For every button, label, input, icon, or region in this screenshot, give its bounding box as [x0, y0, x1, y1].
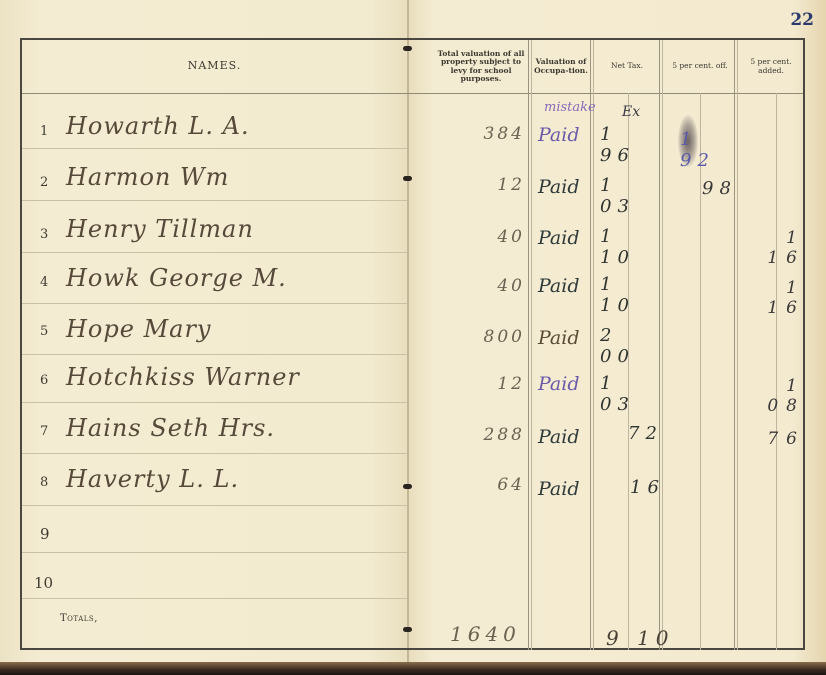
- valuation-cell: 800: [415, 327, 525, 347]
- valuation-cell: 384: [415, 124, 525, 144]
- paid-status: Paid: [538, 327, 580, 349]
- totals-label: Totals,: [60, 613, 98, 624]
- row-number: 6: [40, 373, 60, 388]
- rule-line: [22, 252, 407, 253]
- binding-stitch: [403, 176, 412, 181]
- rule-line: [22, 148, 407, 149]
- names-column-header: NAMES.: [22, 38, 407, 93]
- paid-status: Paid: [538, 478, 580, 500]
- paid-status: Paid: [538, 426, 580, 448]
- net-tax-cell: 1 10: [600, 226, 656, 268]
- five-percent-added-header: 5 per cent. added.: [738, 40, 804, 93]
- total-net-tax: 9 10: [606, 626, 675, 650]
- page-number: 22: [790, 10, 814, 30]
- net-tax-cell: 1 03: [600, 175, 656, 217]
- taxpayer-name: Hains Seth Hrs.: [66, 414, 275, 442]
- net-tax-cell: 1 96: [600, 124, 656, 166]
- total-valuation: 1640: [450, 622, 521, 646]
- column-divider: [593, 40, 594, 650]
- taxpayer-name: Hope Mary: [66, 315, 212, 343]
- five-percent-added-cell: 1 16: [745, 228, 805, 268]
- row-number: 5: [40, 324, 60, 339]
- row-number: 3: [40, 227, 60, 242]
- five-percent-off-cell: 1 92: [680, 129, 744, 171]
- taxpayer-name: Howarth L. A.: [66, 112, 250, 140]
- row-number: 9: [40, 525, 60, 543]
- rule-line: [22, 402, 407, 403]
- mistake-annotation: mistake: [544, 100, 596, 115]
- column-divider: [662, 40, 663, 650]
- taxpayer-name: Haverty L. L.: [66, 465, 239, 493]
- rule-line: [22, 200, 407, 201]
- row-number: 2: [40, 175, 60, 190]
- paid-status: Paid: [538, 373, 580, 395]
- paid-status: Paid: [538, 176, 580, 198]
- row-number: 4: [40, 275, 60, 290]
- header-divider: [22, 93, 803, 94]
- ex-annotation: Ex: [622, 104, 640, 120]
- column-divider: [590, 40, 591, 650]
- five-percent-off-header: 5 per cent. off.: [668, 40, 732, 93]
- paid-status: Paid: [538, 227, 580, 249]
- valuation-cell: 64: [415, 475, 525, 495]
- five-percent-added-cell: 1 08: [745, 376, 805, 416]
- paid-status: Paid: [538, 275, 580, 297]
- five-percent-added-cell: 76: [745, 429, 805, 449]
- taxpayer-name: Harmon Wm: [66, 163, 229, 191]
- five-percent-added-cell: 1 16: [745, 278, 805, 318]
- taxpayer-name: Hotchkiss Warner: [66, 363, 300, 391]
- net-tax-cell: 16: [630, 477, 686, 498]
- net-tax-cell: 1 10: [600, 274, 656, 316]
- net-tax-cell: 72: [628, 423, 684, 444]
- column-divider: [531, 40, 532, 650]
- valuation-cell: 40: [415, 276, 525, 296]
- net-tax-cell: 1 03: [600, 373, 656, 415]
- rule-line: [22, 354, 407, 355]
- paid-status: Paid: [538, 124, 580, 146]
- column-divider: [776, 93, 777, 650]
- valuation-cell: 12: [415, 175, 525, 195]
- row-number: 10: [34, 574, 54, 592]
- book-edge: [0, 662, 826, 675]
- valuation-cell: 288: [415, 425, 525, 445]
- column-divider: [659, 40, 660, 650]
- row-number: 7: [40, 424, 60, 439]
- net-tax-cell: 2 00: [600, 325, 656, 367]
- valuation-cell: 40: [415, 227, 525, 247]
- valuation-occupation-header: Valuation of Occupa-tion.: [534, 40, 588, 93]
- taxpayer-name: Henry Tillman: [66, 215, 254, 243]
- five-percent-off-cell: 98: [702, 178, 766, 199]
- rule-line: [22, 598, 407, 599]
- row-number: 8: [40, 475, 60, 490]
- row-number: 1: [40, 124, 60, 139]
- valuation-cell: 12: [415, 374, 525, 394]
- binding-stitch: [403, 627, 412, 632]
- net-tax-header: Net Tax.: [596, 40, 658, 93]
- rule-line: [22, 505, 407, 506]
- rule-line: [22, 303, 407, 304]
- binding-stitch: [403, 484, 412, 489]
- rule-line: [22, 453, 407, 454]
- column-divider: [528, 40, 529, 650]
- total-valuation-header: Total valuation of all property subject …: [436, 40, 526, 93]
- column-divider: [700, 93, 701, 650]
- rule-line: [22, 552, 407, 553]
- taxpayer-name: Howk George M.: [66, 264, 287, 292]
